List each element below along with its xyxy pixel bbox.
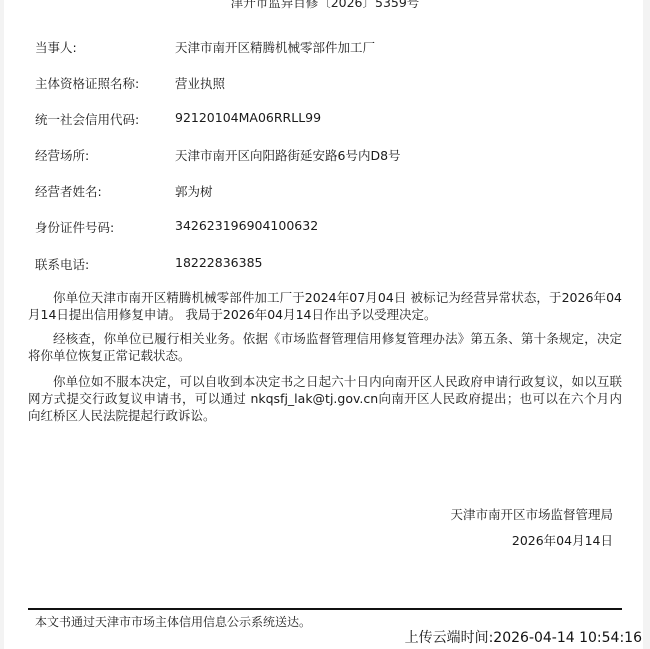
field-operator-name: 经营者姓名: 郭为树 (35, 182, 595, 202)
right-border (643, 0, 650, 649)
paragraph-application: 你单位天津市南开区精腾机械零部件加工厂于2024年07月04日 被标记为经营异常… (28, 289, 622, 323)
field-label: 统一社会信用代码: (35, 110, 139, 128)
field-value: 天津市南开区精腾机械零部件加工厂 (175, 38, 375, 56)
field-value: 342623196904100632 (175, 218, 318, 233)
field-label: 当事人: (35, 38, 77, 56)
field-value: 92120104MA06RRLL99 (175, 110, 321, 125)
field-value: 天津市南开区向阳路街延安路6号内D8号 (175, 146, 401, 164)
issue-date: 2026年04月14日 (512, 531, 613, 549)
field-label: 经营场所: (35, 146, 89, 164)
field-credit-code: 统一社会信用代码: 92120104MA06RRLL99 (35, 110, 595, 130)
field-label: 身份证件号码: (35, 218, 114, 236)
field-license-name: 主体资格证照名称: 营业执照 (35, 74, 595, 94)
field-label: 联系电话: (35, 255, 89, 273)
field-value: 营业执照 (175, 74, 225, 92)
document-number: 津开市监异目修〔2026〕5359号 (0, 0, 650, 11)
field-value: 郭为树 (175, 182, 213, 200)
issuer: 天津市南开区市场监督管理局 (450, 505, 613, 523)
paragraph-decision: 经核查，你单位已履行相关业务。依据《市场监督管理信用修复管理办法》第五条、第十条… (28, 330, 622, 364)
field-label: 经营者姓名: (35, 182, 102, 200)
left-border (0, 0, 4, 649)
field-label: 主体资格证照名称: (35, 74, 139, 92)
field-phone: 联系电话: 18222836385 (35, 255, 595, 275)
field-id-number: 身份证件号码: 342623196904100632 (35, 218, 595, 238)
field-party: 当事人: 天津市南开区精腾机械零部件加工厂 (35, 38, 595, 58)
delivery-note: 本文书通过天津市市场主体信用信息公示系统送达。 (35, 613, 311, 630)
upload-time: 上传云端时间:2026-04-14 10:54:16 (405, 627, 642, 647)
divider-line (28, 608, 622, 610)
field-value: 18222836385 (175, 255, 262, 270)
field-business-address: 经营场所: 天津市南开区向阳路街延安路6号内D8号 (35, 146, 595, 166)
paragraph-appeal-rights: 你单位如不服本决定，可以自收到本决定书之日起六十日内向南开区人民政府申请行政复议… (28, 373, 622, 424)
